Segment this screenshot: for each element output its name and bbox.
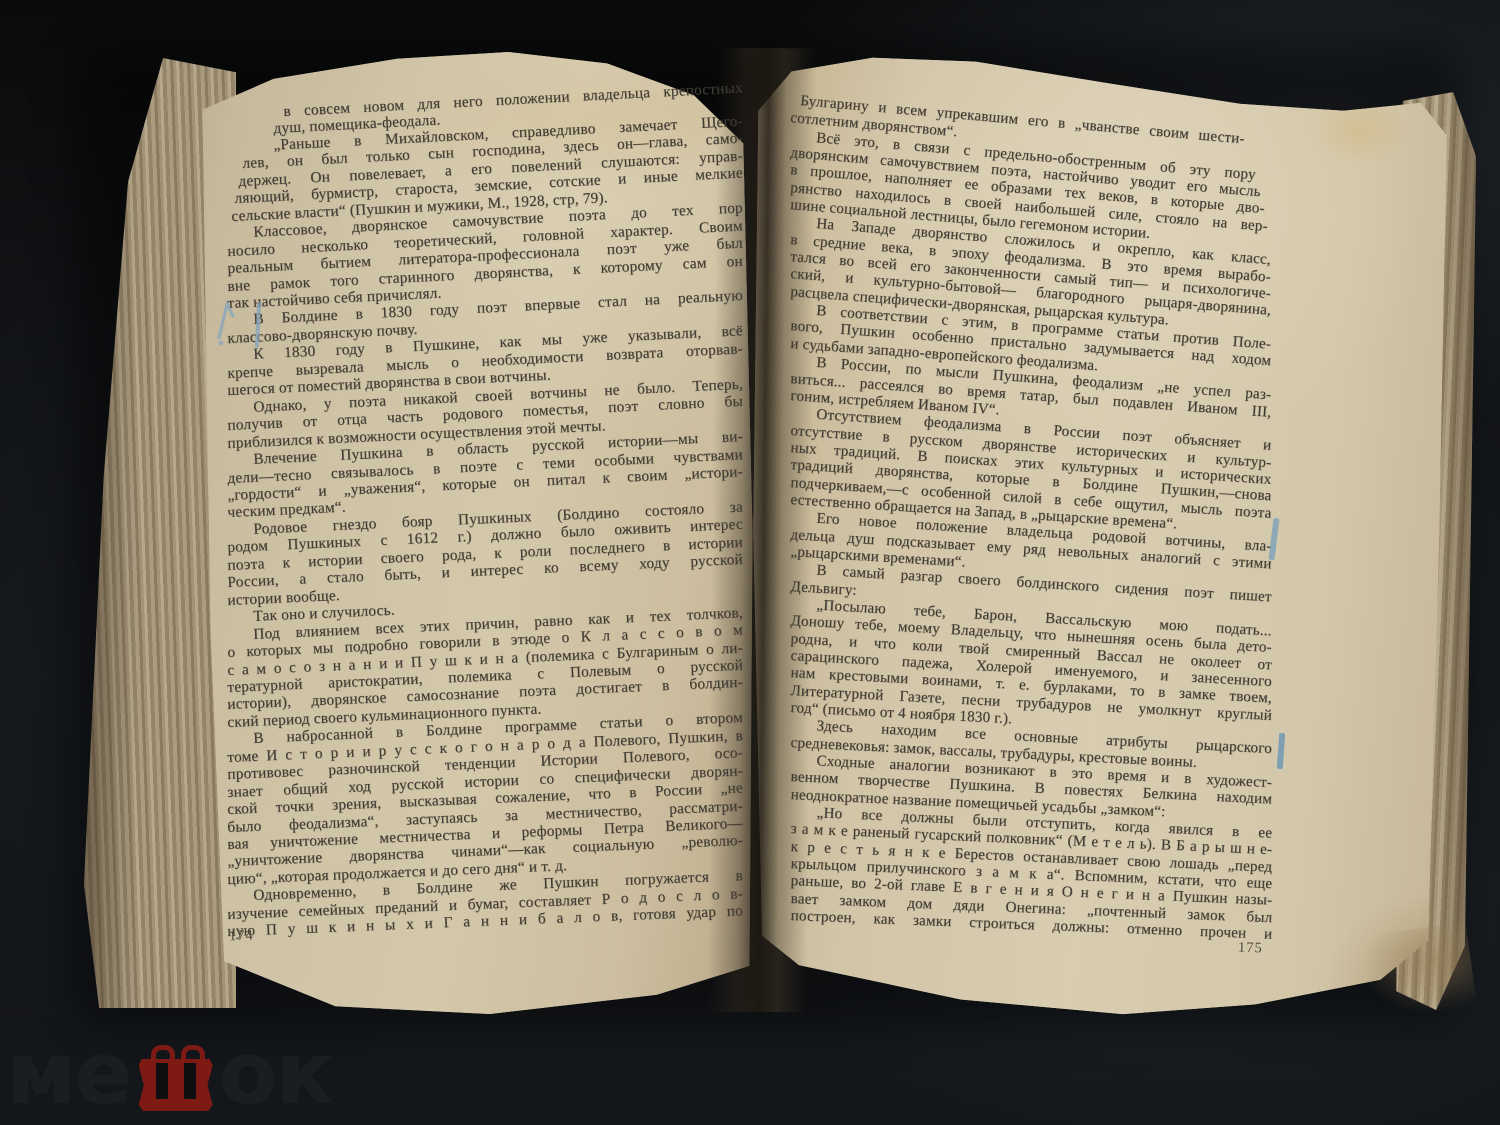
photo-of-open-book: { "palette": { "background_dark": "#1416…	[0, 0, 1500, 1125]
watermark-text-after: ок	[219, 1028, 332, 1120]
page-number-left: 174	[229, 928, 254, 946]
page-number-right: 175	[1238, 940, 1263, 958]
left-page-text: в совсем новом для него положении владел…	[227, 103, 743, 941]
shopping-bag-icon	[139, 1051, 213, 1111]
right-page-text: Булгарину и всем упрекавшим его в „чванс…	[791, 93, 1273, 926]
pencil-check-icon	[212, 298, 244, 353]
watermark-text-before: ме	[6, 1028, 131, 1120]
bag-body	[139, 1059, 213, 1111]
bag-slot	[184, 1063, 196, 1099]
site-watermark: ме ок	[6, 1028, 332, 1120]
bag-slot	[156, 1063, 168, 1099]
worn-corner	[1347, 922, 1478, 1024]
